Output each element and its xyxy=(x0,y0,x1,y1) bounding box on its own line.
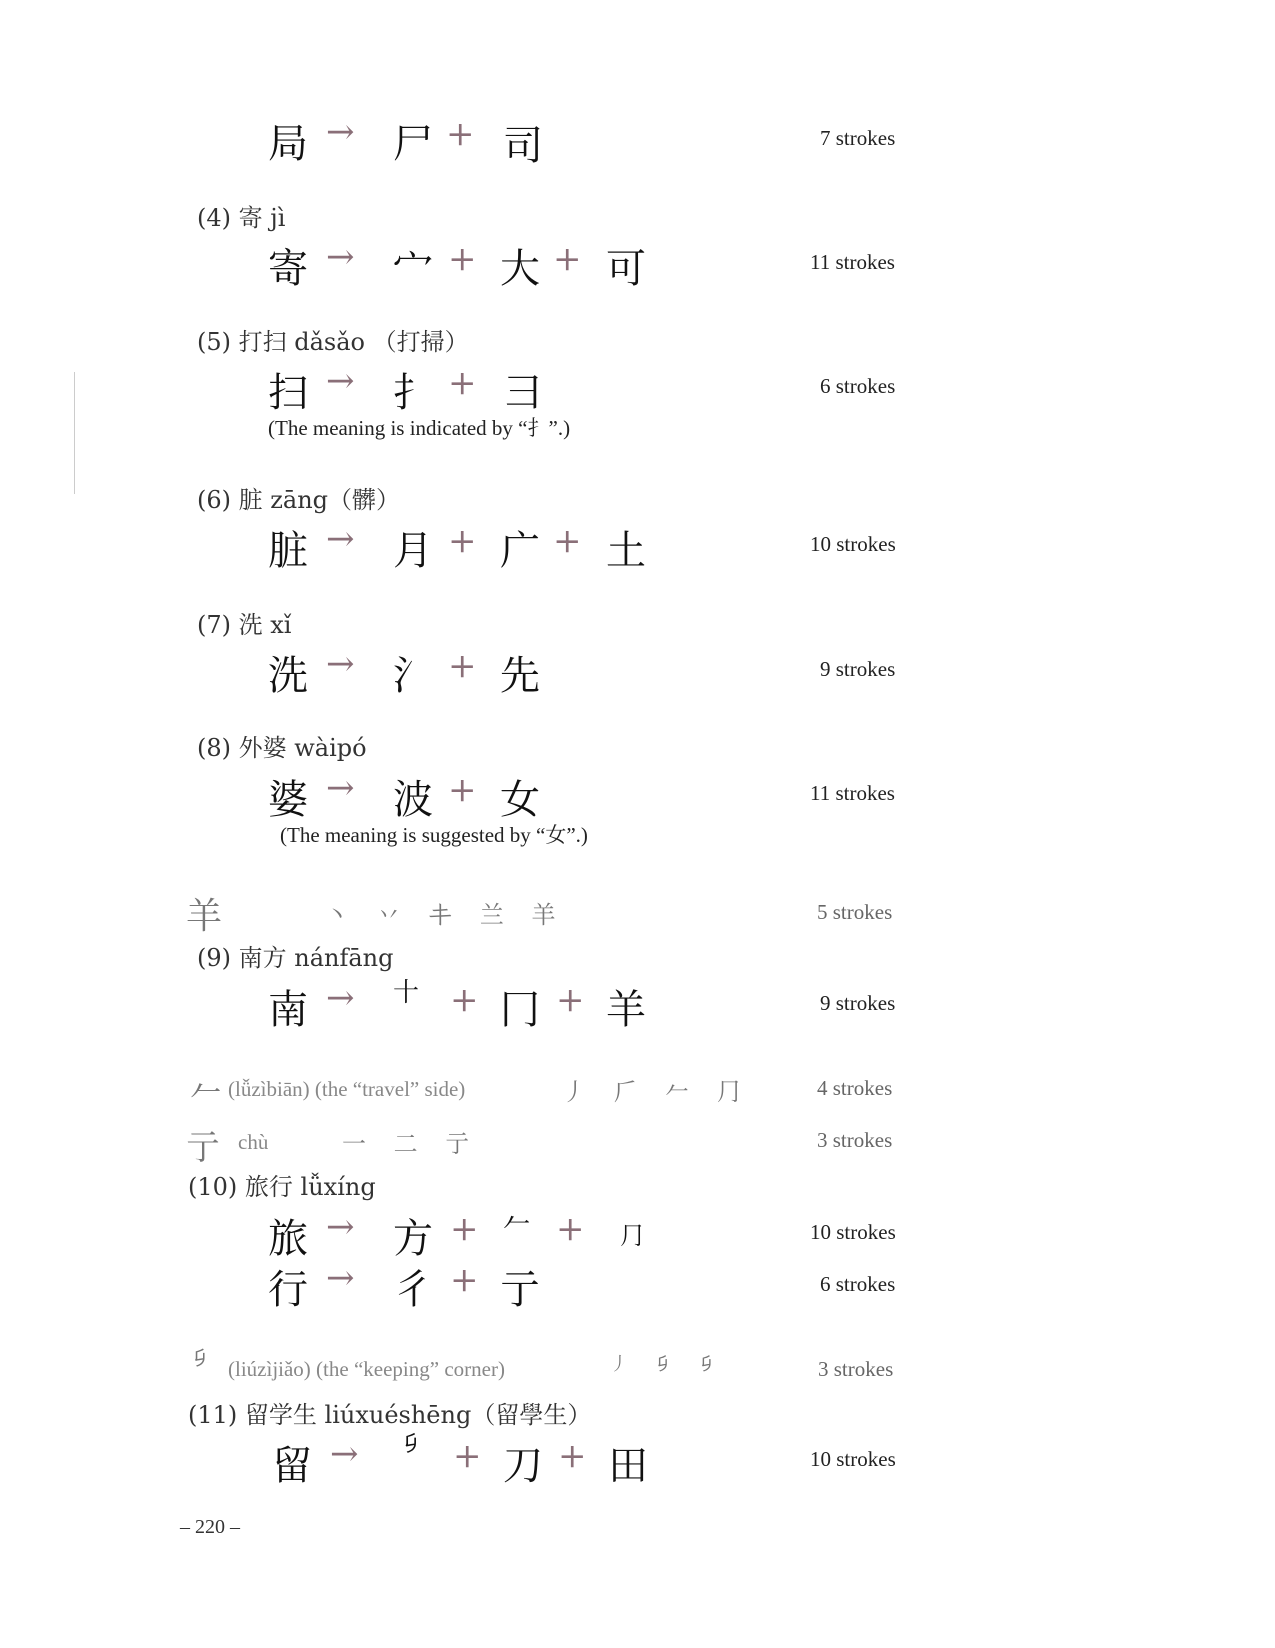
stroke-count: 10 strokes xyxy=(810,532,896,557)
component: ⺆ xyxy=(620,1216,644,1251)
plus-icon: + xyxy=(450,1209,479,1249)
component: 先 xyxy=(500,644,540,701)
plus-icon: + xyxy=(453,1436,482,1476)
entry-heading: (9) 南方 nánfāng xyxy=(197,938,394,973)
radical-label: (liúzìjiǎo) (the “keeping” corner) xyxy=(228,1357,505,1382)
plus-icon: + xyxy=(553,521,582,561)
stroke-count: 4 strokes xyxy=(817,1076,892,1101)
component: 𠂉 xyxy=(503,1203,531,1243)
component: 月 xyxy=(393,519,433,576)
component: 方 xyxy=(393,1207,433,1264)
component: 扌 xyxy=(393,361,433,418)
arrow-icon: → xyxy=(326,1258,355,1298)
char-nan: 南 xyxy=(268,978,308,1035)
stroke-count: 11 strokes xyxy=(810,781,895,806)
stroke-count: 5 strokes xyxy=(817,900,892,925)
char-xing: 行 xyxy=(268,1258,308,1315)
arrow-icon: → xyxy=(326,112,355,152)
component: 田 xyxy=(608,1434,648,1491)
stroke-count: 11 strokes xyxy=(810,250,895,275)
component: 大 xyxy=(500,237,540,294)
char-zang: 脏 xyxy=(268,519,308,576)
component: 广 xyxy=(500,519,540,576)
char-xi: 洗 xyxy=(268,644,308,701)
component: 尸 xyxy=(393,112,433,169)
page-number: – 220 – xyxy=(180,1516,240,1539)
plus-icon: + xyxy=(448,363,477,403)
scan-margin-line xyxy=(74,372,75,494)
stroke-sequence: 一 二 亍 xyxy=(342,1124,479,1159)
stroke-count: 10 strokes xyxy=(810,1220,896,1245)
arrow-icon: → xyxy=(326,519,355,559)
component: 亍 xyxy=(500,1258,540,1315)
component: 司 xyxy=(503,114,543,171)
stroke-count: 6 strokes xyxy=(820,1272,895,1297)
plus-icon: + xyxy=(446,114,475,154)
component: 氵 xyxy=(393,644,433,701)
arrow-icon: → xyxy=(330,1434,359,1474)
component: 冂 xyxy=(500,978,540,1035)
meaning-note: (The meaning is indicated by “扌”.) xyxy=(268,412,570,442)
arrow-icon: → xyxy=(326,978,355,1018)
radical-lu: 𠂉 xyxy=(190,1068,222,1114)
char-lu: 旅 xyxy=(268,1207,308,1264)
plus-icon: + xyxy=(448,770,477,810)
stroke-sequence: 丶 丷 𰀁 兰 羊 xyxy=(325,895,566,930)
entry-heading: (11) 留学生 liúxuéshēng（留學生） xyxy=(188,1395,591,1430)
stroke-count: 3 strokes xyxy=(818,1357,893,1382)
entry-heading: (5) 打扫 dǎsǎo （打掃） xyxy=(197,322,469,357)
char-ju: 局 xyxy=(268,112,308,169)
stroke-count: 7 strokes xyxy=(820,126,895,151)
stroke-sequence: 丿 𠂎 𠂎 xyxy=(610,1350,725,1376)
component: 波 xyxy=(393,768,433,825)
arrow-icon: → xyxy=(326,361,355,401)
component: 土 xyxy=(606,519,646,576)
entry-heading: (7) 洗 xǐ xyxy=(197,605,291,640)
plus-icon: + xyxy=(450,980,479,1020)
radical-yang: 羊 xyxy=(186,888,222,939)
component: 女 xyxy=(500,768,540,825)
plus-icon: + xyxy=(448,521,477,561)
plus-icon: + xyxy=(556,980,585,1020)
meaning-note: (The meaning is suggested by “女”.) xyxy=(280,819,588,849)
component: 羊 xyxy=(606,978,646,1035)
component: 可 xyxy=(606,237,646,294)
component: 宀 xyxy=(393,237,433,294)
component: 彐 xyxy=(503,361,543,418)
entry-heading: (6) 脏 zāng（髒） xyxy=(197,480,400,515)
plus-icon: + xyxy=(448,646,477,686)
char-liu: 留 xyxy=(272,1434,312,1491)
arrow-icon: → xyxy=(326,1207,355,1247)
arrow-icon: → xyxy=(326,644,355,684)
plus-icon: + xyxy=(553,239,582,279)
stroke-count: 9 strokes xyxy=(820,657,895,682)
char-po: 婆 xyxy=(268,768,308,825)
stroke-count: 9 strokes xyxy=(820,991,895,1016)
stroke-count: 6 strokes xyxy=(820,374,895,399)
entry-heading: (4) 寄 jì xyxy=(197,198,285,233)
component: 十 xyxy=(393,972,419,1009)
radical-liu: 𠂎 xyxy=(190,1346,210,1370)
radical-chu: 亍 xyxy=(186,1120,220,1169)
plus-icon: + xyxy=(556,1209,585,1249)
arrow-icon: → xyxy=(326,237,355,277)
plus-icon: + xyxy=(558,1436,587,1476)
component: 𠂎 xyxy=(400,1430,422,1457)
char-sao: 扫 xyxy=(268,361,308,418)
stroke-count: 3 strokes xyxy=(817,1128,892,1153)
stroke-sequence: 丿 𠂆 𠂉 ⺆ xyxy=(562,1072,751,1107)
component: 刀 xyxy=(503,1434,543,1491)
plus-icon: + xyxy=(448,239,477,279)
entry-heading: (8) 外婆 wàipó xyxy=(197,728,367,763)
radical-label: chù xyxy=(238,1130,268,1155)
radical-label: (lǚzìbiān) (the “travel” side) xyxy=(228,1077,465,1102)
entry-heading: (10) 旅行 lǚxíng xyxy=(188,1167,376,1202)
stroke-count: 10 strokes xyxy=(810,1447,896,1472)
plus-icon: + xyxy=(450,1260,479,1300)
arrow-icon: → xyxy=(326,768,355,808)
char-ji: 寄 xyxy=(268,237,308,294)
component: 彳 xyxy=(393,1258,433,1315)
